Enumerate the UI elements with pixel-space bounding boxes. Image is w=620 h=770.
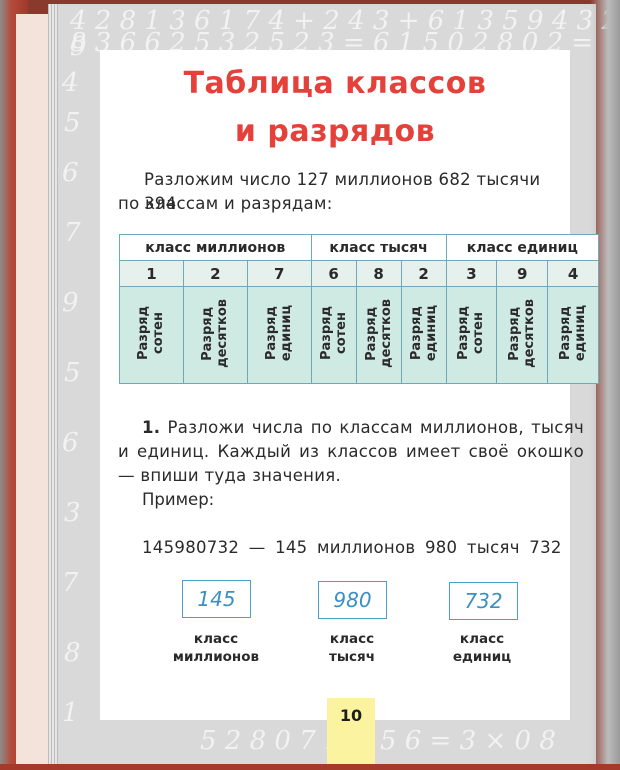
rank-name: сотен: [151, 312, 166, 354]
digit-cell: 1: [120, 261, 184, 287]
rank-cell: Разрядсотен: [120, 287, 184, 384]
answer-box-millions[interactable]: 145: [182, 580, 251, 618]
caption-class: класс: [422, 630, 542, 648]
rank-label: Разряд: [136, 306, 151, 360]
rank-label: Разряд: [507, 306, 522, 360]
rank-cell: Разряддесятков: [356, 287, 401, 384]
page-curl-shadow: [590, 0, 620, 770]
example-line: 145980732 — 145 миллионов 980 тысяч 732: [142, 538, 562, 557]
task-text: Разложи числа по классам миллионов, тыся…: [118, 418, 584, 485]
digit-cell: 7: [247, 261, 311, 287]
book-cover-bottom: [0, 764, 620, 770]
page-edges: [48, 4, 58, 766]
rank-name: единиц: [573, 305, 588, 361]
rank-label: Разряд: [264, 306, 279, 360]
rank-name: десятков: [379, 299, 394, 368]
rank-row: Разрядсотен Разряддесятков Разрядединиц …: [120, 287, 599, 384]
digit-cell: 4: [548, 261, 599, 287]
task-1: 1. Разложи числа по классам миллионов, т…: [118, 416, 584, 488]
digit-cell: 6: [311, 261, 356, 287]
caption-class-name: тысяч: [292, 648, 412, 666]
caption-class-name: единиц: [422, 648, 542, 666]
caption-class: класс: [292, 630, 412, 648]
rank-label: Разряд: [456, 306, 471, 360]
rank-label: Разряд: [364, 306, 379, 360]
class-thousands-header: класс тысяч: [311, 235, 446, 261]
rank-cell: Разряддесятков: [497, 287, 548, 384]
intro-line-2: по классам и разрядам:: [118, 192, 598, 216]
caption-thousands: класс тысяч: [292, 630, 412, 666]
caption-class: класс: [156, 630, 276, 648]
answer-box-thousands[interactable]: 980: [318, 581, 387, 619]
digit-cell: 2: [401, 261, 446, 287]
caption-units: класс единиц: [422, 630, 542, 666]
class-units-header: класс единиц: [446, 235, 598, 261]
rank-cell: Разрядсотен: [446, 287, 497, 384]
page-title-line-1: Таблица классов: [100, 66, 570, 101]
rank-name: единиц: [424, 305, 439, 361]
rank-label: Разряд: [200, 306, 215, 360]
rank-name: десятков: [215, 299, 230, 368]
task-number: 1.: [142, 418, 160, 437]
classes-ranks-table: класс миллионов класс тысяч класс единиц…: [119, 234, 599, 384]
rank-label: Разряд: [558, 306, 573, 360]
rank-cell: Разряддесятков: [183, 287, 247, 384]
digit-cell: 3: [446, 261, 497, 287]
class-header-row: класс миллионов класс тысяч класс единиц: [120, 235, 599, 261]
caption-class-name: миллионов: [156, 648, 276, 666]
digit-cell: 2: [183, 261, 247, 287]
example-label: Пример:: [142, 490, 214, 509]
class-millions-header: класс миллионов: [120, 235, 312, 261]
rank-label: Разряд: [319, 306, 334, 360]
answer-box-units[interactable]: 732: [449, 582, 518, 620]
page-content: Таблица классов и разрядов Разложим числ…: [100, 50, 570, 720]
rank-name: единиц: [279, 305, 294, 361]
digit-cell: 8: [356, 261, 401, 287]
rank-cell: Разрядединиц: [247, 287, 311, 384]
rank-name: сотен: [471, 312, 486, 354]
rank-name: десятков: [522, 299, 537, 368]
digit-row: 1 2 7 6 8 2 3 9 4: [120, 261, 599, 287]
digit-cell: 9: [497, 261, 548, 287]
rank-cell: Разрядсотен: [311, 287, 356, 384]
rank-name: сотен: [334, 312, 349, 354]
rank-label: Разряд: [409, 306, 424, 360]
rank-cell: Разрядединиц: [401, 287, 446, 384]
rank-cell: Разрядединиц: [548, 287, 599, 384]
page-title-line-2: и разрядов: [100, 114, 570, 149]
caption-millions: класс миллионов: [156, 630, 276, 666]
page-number: 10: [327, 698, 375, 764]
